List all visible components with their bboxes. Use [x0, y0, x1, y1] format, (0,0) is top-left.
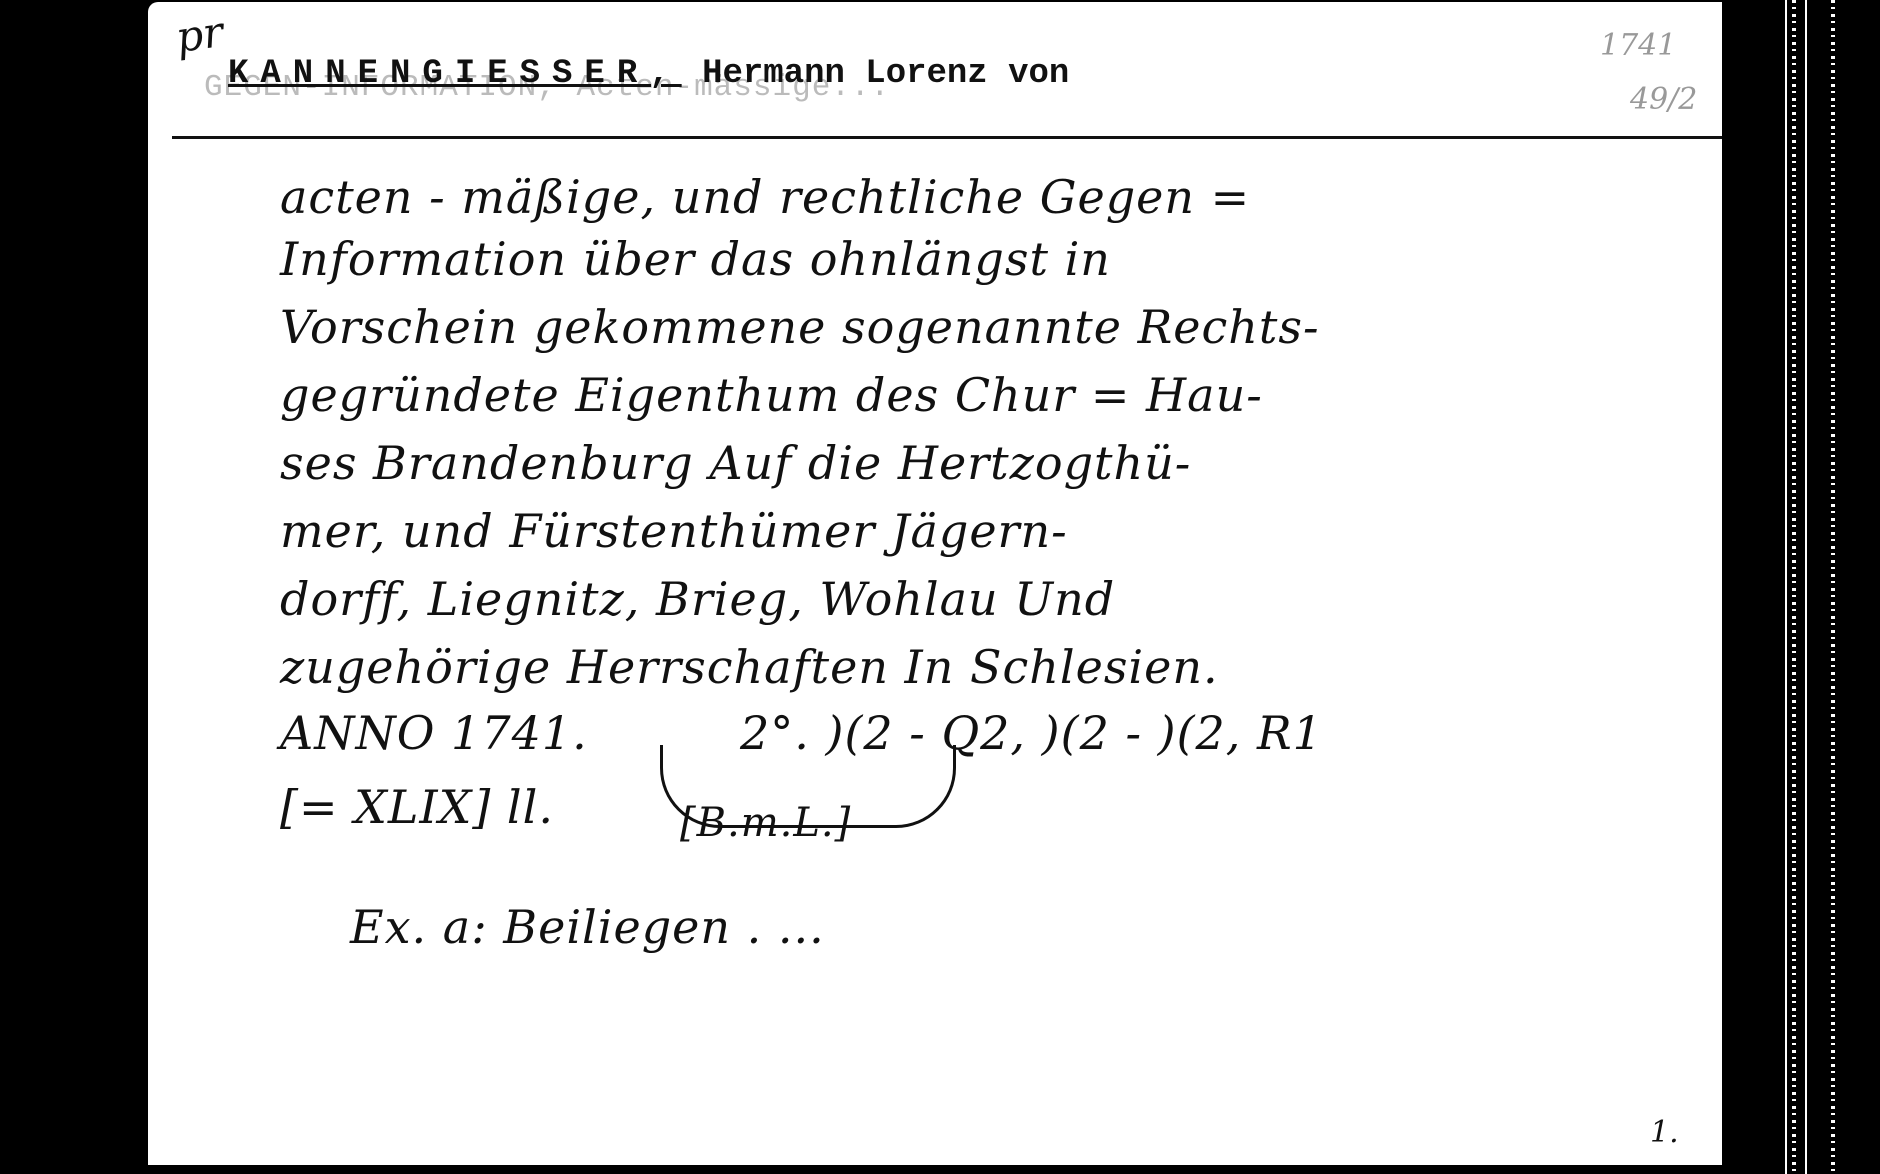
film-margin-line: [1805, 0, 1807, 1174]
film-margin-dots: [1831, 0, 1835, 1174]
title-line: gegründete Eigenthum des Chur = Hau-: [280, 368, 1263, 422]
bracket-note: [B.m.L.]: [680, 800, 851, 846]
author-surname: KANNENGIESSER,: [228, 55, 682, 93]
title-line: dorff, Liegnitz, Brieg, Wohlau Und: [280, 572, 1115, 626]
pencil-note-shelfmark: 49/2: [1630, 82, 1697, 117]
title-line: mer, und Fürstenthümer Jägern-: [280, 504, 1068, 558]
pagination: [= XLIX] ll.: [280, 780, 554, 834]
card-header: KANNENGIESSER, Hermann Lorenz von: [228, 55, 1069, 93]
title-line: Vorschein gekommene sogenannte Rechts-: [280, 300, 1320, 354]
copy-note: Ex. a: Beiliegen . ...: [350, 900, 825, 954]
handwritten-initials: pr: [173, 7, 226, 62]
page-number: 1.: [1650, 1115, 1679, 1150]
imprint: ANNO 1741.: [280, 706, 588, 760]
title-line: zugehörige Herrschaften In Schlesien.: [280, 640, 1219, 694]
title-line: Information über das ohnlängst in: [280, 232, 1111, 286]
film-margin-dots: [1792, 0, 1796, 1174]
author-given-names: Hermann Lorenz von: [702, 55, 1069, 93]
header-rule: [172, 136, 1722, 139]
title-line: ses Brandenburg Auf die Hertzogthü-: [280, 436, 1191, 490]
pencil-note-year: 1741: [1600, 28, 1676, 63]
film-margin-line: [1785, 0, 1787, 1174]
title-line: acten - mäßige, und rechtliche Gegen =: [280, 170, 1250, 224]
